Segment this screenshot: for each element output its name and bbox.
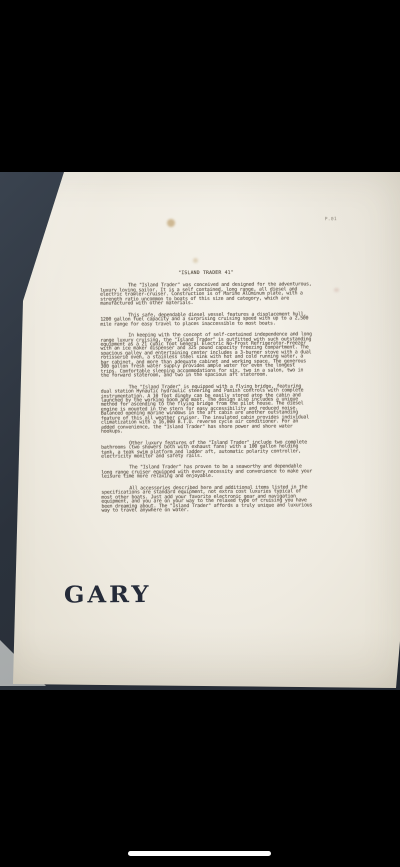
gary-logo: GARY	[64, 580, 152, 608]
photo-viewer-screen: P.01 "ISLAND TRADER 41" The "Island Trad…	[0, 0, 400, 867]
document-paragraph: All accessories described here and addit…	[101, 486, 313, 514]
document-paragraph: The "Island Trader" has proven to be a s…	[101, 466, 313, 481]
typed-text-column: "ISLAND TRADER 41" The "Island Trader" w…	[100, 271, 314, 521]
document-paragraph: In keeping with the concept of self-cont…	[100, 333, 312, 379]
document-paragraph: Other luxury features of the "Island Tra…	[101, 441, 313, 460]
document-paragraph: The "Island Trader" was conceived and de…	[100, 284, 312, 308]
document-paragraph: The "Island Trader" is equipped with a f…	[101, 385, 313, 435]
document-paragraph: This safe, dependable diesel vessel feat…	[100, 313, 312, 328]
document-content: P.01 "ISLAND TRADER 41" The "Island Trad…	[0, 172, 400, 690]
fax-page-marker: P.01	[325, 217, 337, 222]
home-indicator[interactable]	[128, 851, 271, 856]
document-title: "ISLAND TRADER 41"	[100, 271, 312, 277]
document-photo[interactable]: P.01 "ISLAND TRADER 41" The "Island Trad…	[0, 172, 400, 690]
